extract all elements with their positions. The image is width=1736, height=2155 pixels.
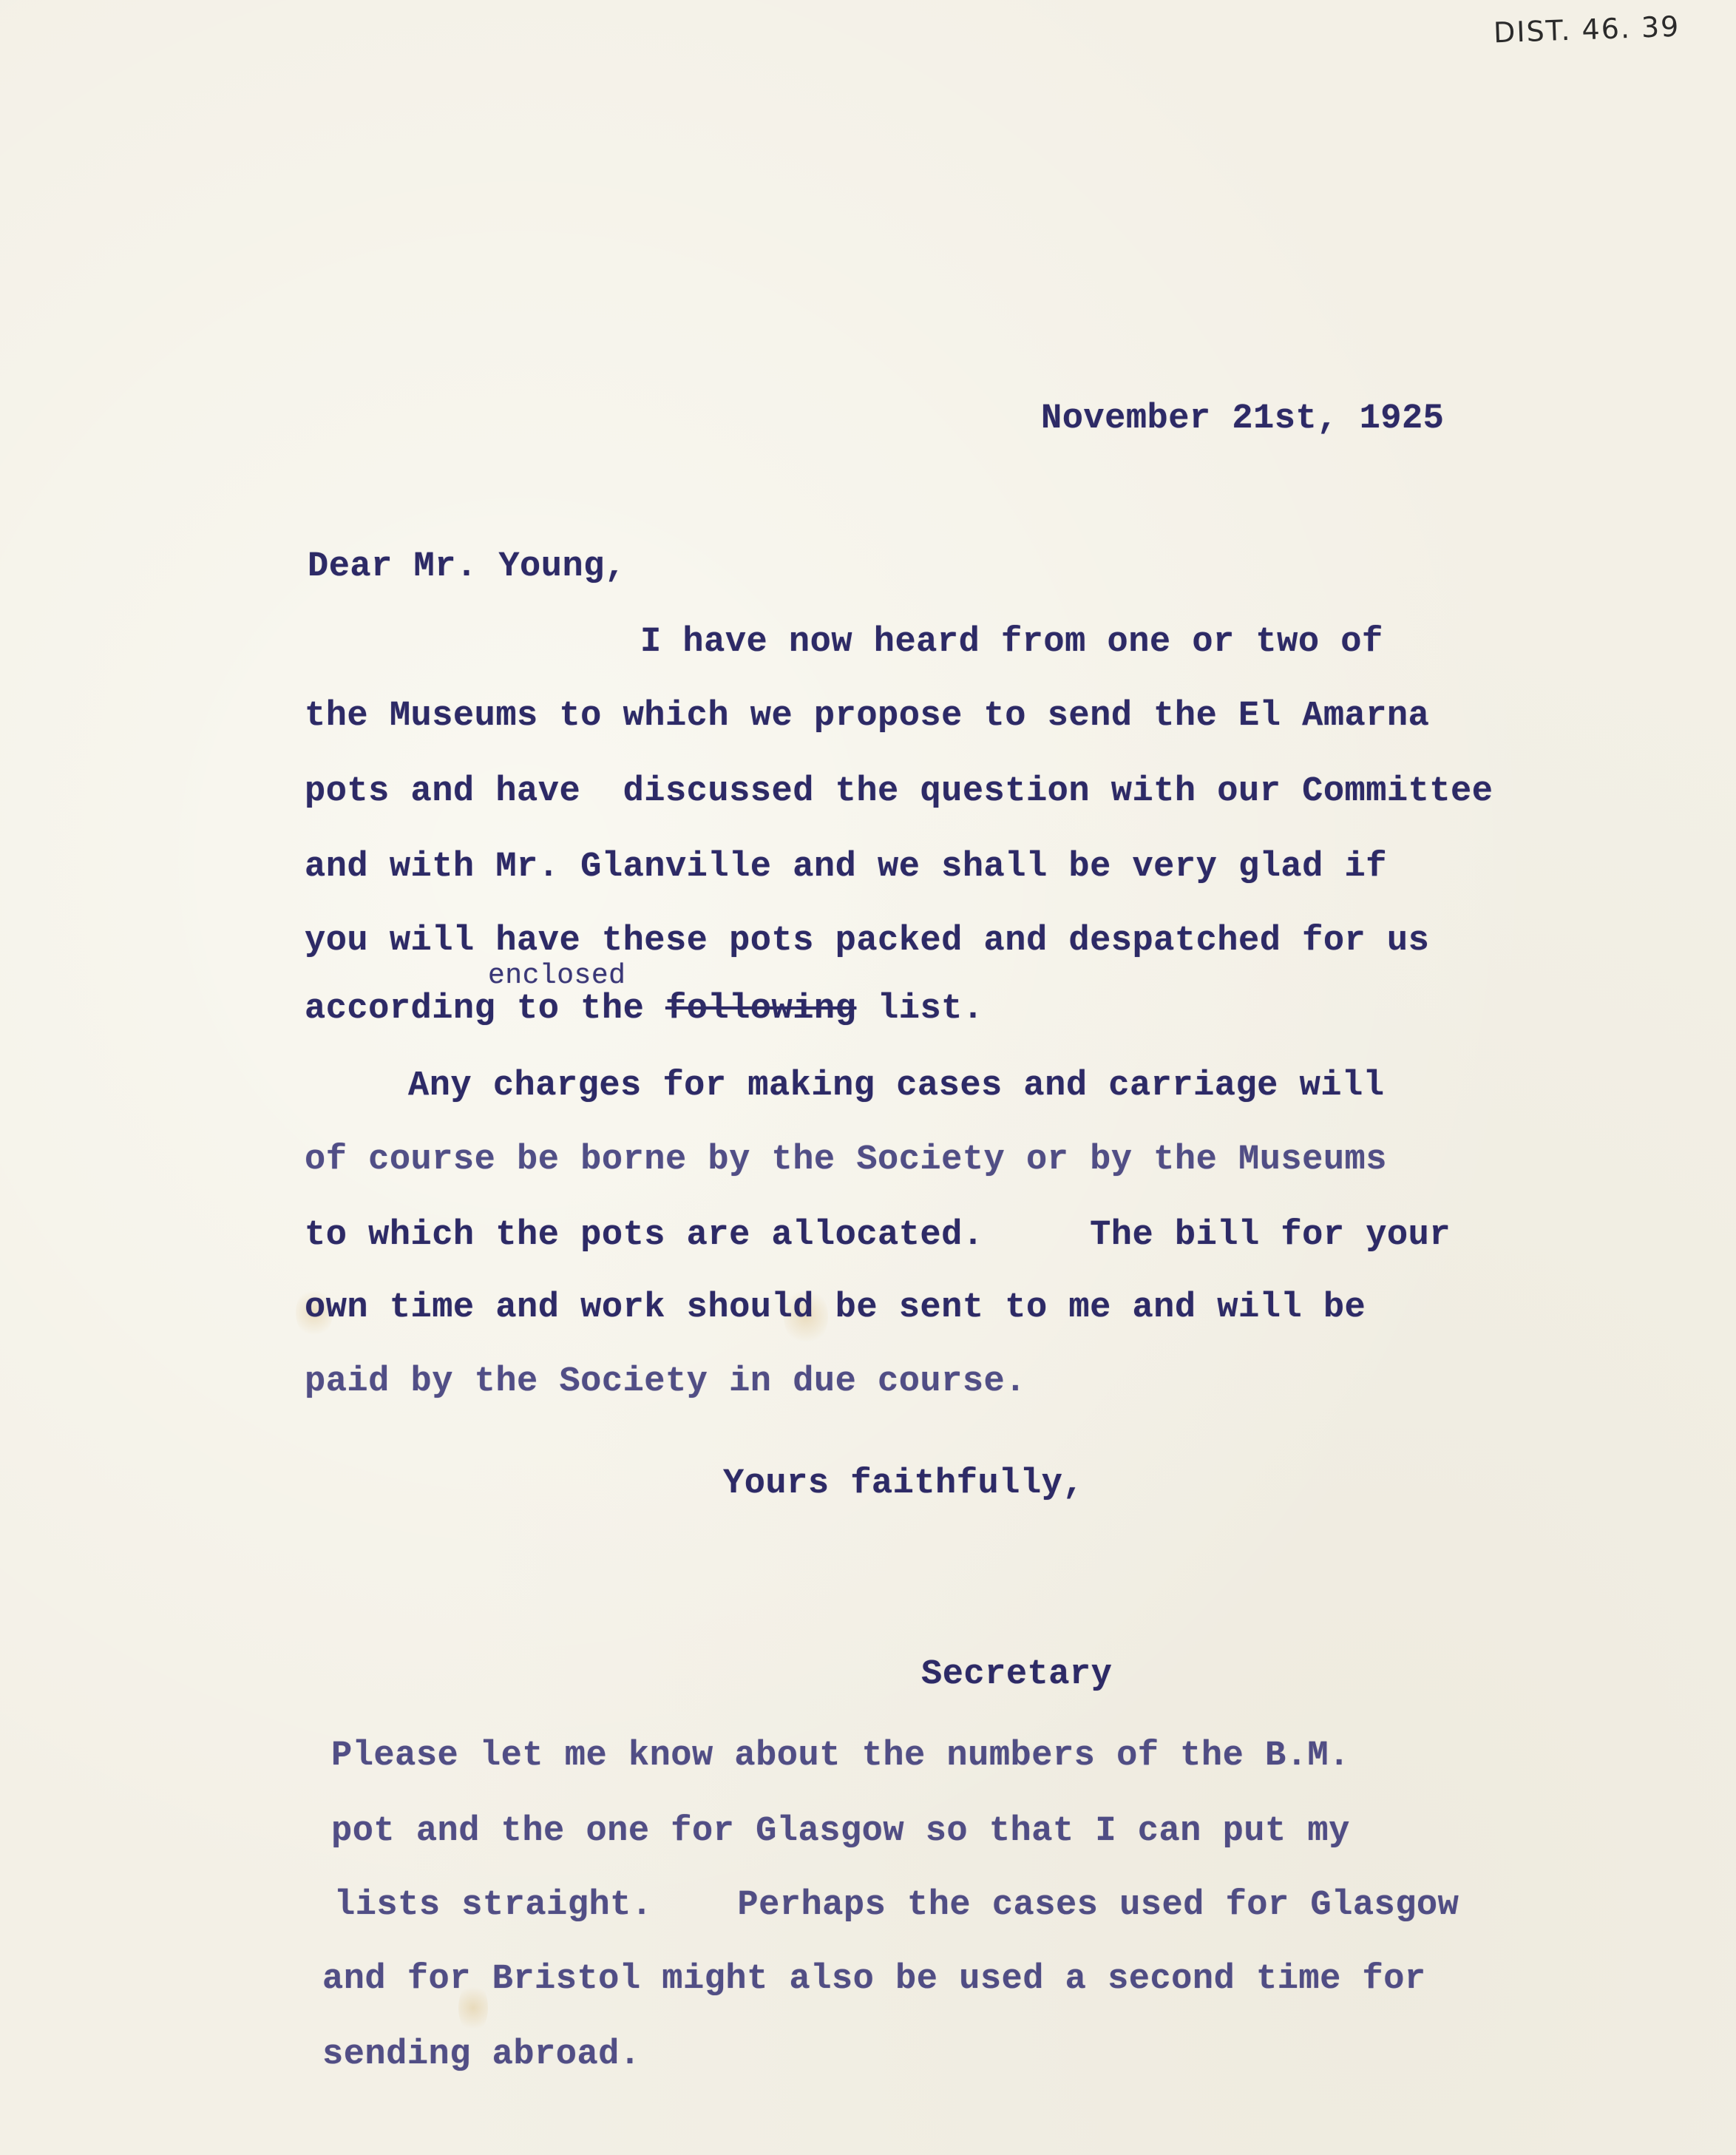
signature-title: Secretary [921,1655,1112,1694]
postscript-line: and for Bristol might also be used a sec… [322,1960,1426,1999]
paragraph-2-line: to which the pots are allocated. The bil… [305,1216,1451,1255]
postscript-line: sending abroad. [322,2035,641,2074]
paragraph-2-line: own time and work should be sent to me a… [305,1288,1366,1327]
letter-date: November 21st, 1925 [1041,399,1444,439]
salutation: Dear Mr. Young, [308,547,626,586]
last-line-prefix: according to the [305,989,665,1029]
postscript-line: pot and the one for Glasgow so that I ca… [331,1812,1350,1851]
paragraph-1-line: I have now heard from one or two of [640,623,1383,662]
closing: Yours faithfully, [723,1464,1084,1503]
paragraph-2-line: paid by the Society in due course. [305,1362,1026,1401]
paragraph-1-last-line: according to the following list. [305,989,984,1029]
postscript-line: lists straight. Perhaps the cases used f… [334,1886,1459,1925]
struck-word: following [665,989,856,1029]
typed-insertion: enclosed [488,960,625,992]
postscript-line: Please let me know about the numbers of … [331,1736,1350,1776]
last-line-suffix: list. [856,989,983,1029]
paragraph-1-line: pots and have discussed the question wit… [305,772,1493,811]
paragraph-2-line: of course be borne by the Society or by … [305,1140,1387,1180]
paragraph-1-line: you will have these pots packed and desp… [305,921,1429,961]
paragraph-2-line: Any charges for making cases and carriag… [408,1066,1384,1106]
letter-page: DIST. 46. 39 November 21st, 1925 Dear Mr… [0,0,1736,2155]
paragraph-1-line: and with Mr. Glanville and we shall be v… [305,848,1387,887]
archive-reference-mark: DIST. 46. 39 [1493,10,1681,50]
paragraph-1-line: the Museums to which we propose to send … [305,697,1429,736]
